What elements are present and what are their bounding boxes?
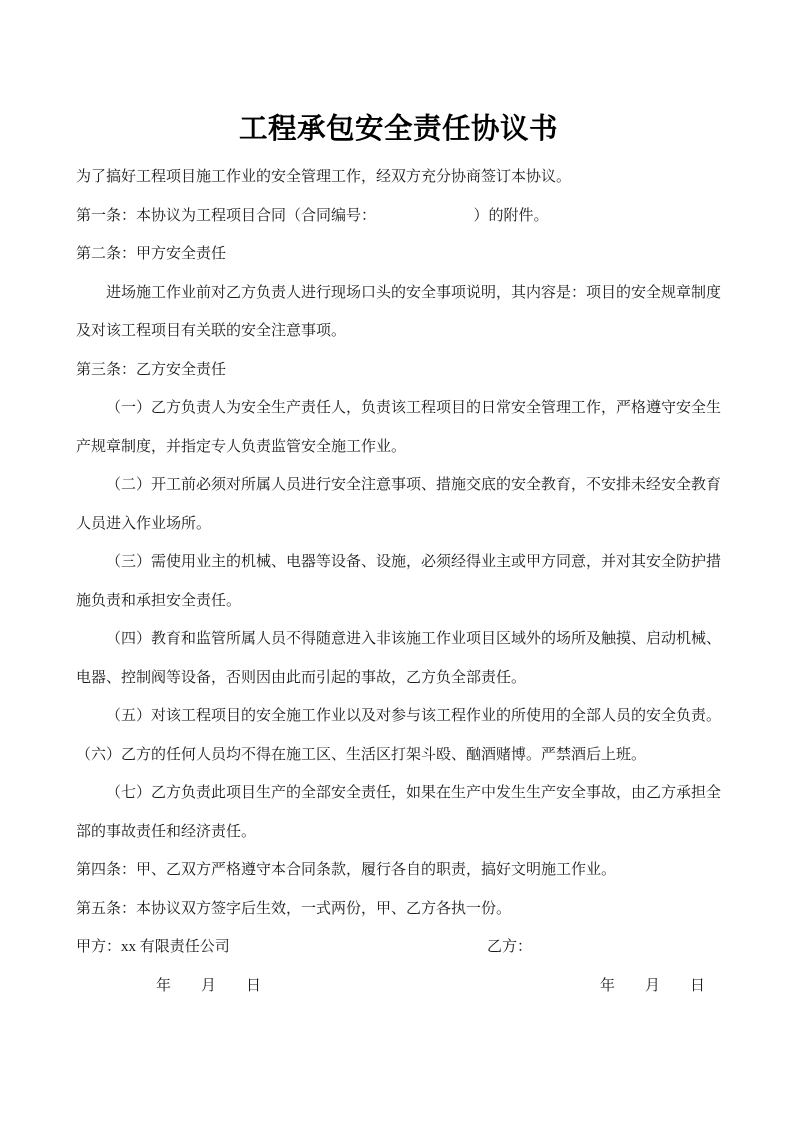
clause-2-body: 进场施工作业前对乙方负责人进行现场口头的安全事项说明，其内容是：项目的安全规章制… [76, 274, 721, 351]
clause-3-item-1: （一）乙方负责人为安全生产责任人，负责该工程项目的日常安全管理工作，严格遵守安全… [76, 389, 721, 466]
clause-3-item-3: （三）需使用业主的机械、电器等设备、设施，必须经得业主或甲方同意，并对其安全防护… [76, 543, 721, 620]
clause-2-heading: 第二条：甲方安全责任 [76, 235, 721, 274]
clause-5: 第五条：本协议双方签字后生效，一式两份，甲、乙方各执一份。 [76, 890, 721, 929]
clause-3-item-7: （七）乙方负责此项目生产的全部安全责任，如果在生产中发生生产安全事故，由乙方承担… [76, 774, 721, 851]
clause-1: 第一条：本协议为工程项目合同（合同编号： ）的附件。 [76, 197, 721, 236]
party-b-signature-label: 乙方： [487, 928, 532, 967]
signature-row: 甲方：xx 有限责任公司 乙方： [76, 928, 721, 967]
document-title: 工程承包安全责任协议书 [76, 112, 721, 146]
clause-4: 第四条：甲、乙双方严格遵守本合同条款，履行各自的职责，搞好文明施工作业。 [76, 851, 721, 890]
document-body: 为了搞好工程项目施工作业的安全管理工作，经双方充分协商签订本协议。 第一条：本协… [76, 158, 721, 1005]
party-a-signature-label: 甲方：xx 有限责任公司 [76, 939, 230, 955]
clause-3-heading: 第三条：乙方安全责任 [76, 351, 721, 390]
clause-3-item-5: （五）对该工程项目的安全施工作业以及对参与该工程作业的所使用的全部人员的安全负责… [76, 697, 721, 736]
intro-paragraph: 为了搞好工程项目施工作业的安全管理工作，经双方充分协商签订本协议。 [76, 158, 721, 197]
clause-3-item-2: （二）开工前必须对所属人员进行安全注意事项、措施交底的安全教育，不安排未经安全教… [76, 466, 721, 543]
party-a-date-line: 年 月 日 [156, 967, 261, 1006]
party-b-date-line: 年 月 日 [600, 967, 705, 1006]
date-row: 年 月 日 年 月 日 [76, 967, 721, 1006]
document-page: 工程承包安全责任协议书 为了搞好工程项目施工作业的安全管理工作，经双方充分协商签… [0, 0, 793, 1122]
clause-3-item-6: （六）乙方的任何人员均不得在施工区、生活区打架斗殴、酗酒赌博。严禁酒后上班。 [76, 736, 721, 775]
clause-3-item-4: （四）教育和监管所属人员不得随意进入非该施工作业项目区域外的场所及触摸、启动机械… [76, 620, 721, 697]
